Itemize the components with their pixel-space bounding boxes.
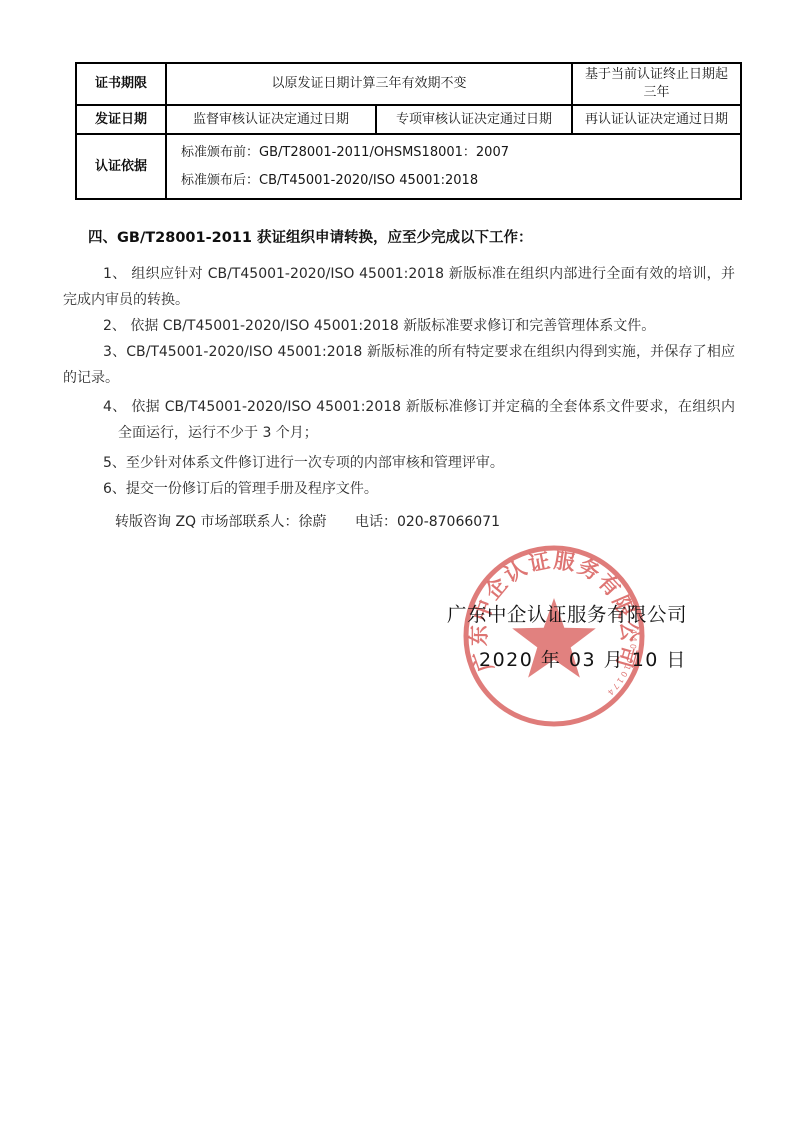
basis-line-before: 标准颁布前：GB/T28001-2011/OHSMS18001：2007 (181, 139, 730, 167)
document-page: 证书期限 以原发证日期计算三年有效期不变 基于当前认证终止日期起三年 发证日期 … (0, 0, 794, 1123)
cell-cert-period-right: 基于当前认证终止日期起三年 (572, 63, 741, 105)
transition-section: 四、GB/T28001-2011 获证组织申请转换，应至少完成以下工作： 1、 … (63, 228, 735, 502)
cell-cert-basis: 标准颁布前：GB/T28001-2011/OHSMS18001：2007 标准颁… (166, 134, 741, 199)
row-label-cert-period: 证书期限 (76, 63, 166, 105)
company-seal-stamp: 广东中企认证服务有限公司 4401010174 (458, 542, 650, 734)
section-heading: 四、GB/T28001-2011 获证组织申请转换，应至少完成以下工作： (63, 228, 735, 248)
signature-company-name: 广东中企认证服务有限公司 (447, 599, 687, 627)
cell-issue-date-2: 专项审核认证决定通过日期 (376, 105, 572, 134)
list-item-1: 1、 组织应针对 CB/T45001-2020/ISO 45001:2018 新… (63, 261, 735, 313)
certificate-table: 证书期限 以原发证日期计算三年有效期不变 基于当前认证终止日期起三年 发证日期 … (75, 62, 742, 200)
signature-date: 2020 年 03 月 10 日 (479, 645, 687, 672)
contact-line: 转版咨询 ZQ 市场部联系人：徐蔚 电话：020-87066071 (115, 511, 500, 531)
row-label-cert-basis: 认证依据 (76, 134, 166, 199)
list-item-5: 5、至少针对体系文件修订进行一次专项的内部审核和管理评审。 (63, 450, 735, 476)
basis-line-after: 标准颁布后：CB/T45001-2020/ISO 45001:2018 (181, 167, 730, 195)
list-item-4: 4、 依据 CB/T45001-2020/ISO 45001:2018 新版标准… (63, 394, 735, 446)
cell-cert-period-main: 以原发证日期计算三年有效期不变 (166, 63, 572, 105)
list-item-2: 2、 依据 CB/T45001-2020/ISO 45001:2018 新版标准… (63, 313, 735, 339)
cell-issue-date-1: 监督审核认证决定通过日期 (166, 105, 376, 134)
list-item-3: 3、CB/T45001-2020/ISO 45001:2018 新版标准的所有特… (63, 339, 735, 391)
table-row-cert-basis: 认证依据 标准颁布前：GB/T28001-2011/OHSMS18001：200… (76, 134, 741, 199)
cell-issue-date-3: 再认证认证决定通过日期 (572, 105, 741, 134)
row-label-issue-date: 发证日期 (76, 105, 166, 134)
contact-phone: 电话：020-87066071 (355, 514, 500, 530)
table-row-issue-date: 发证日期 监督审核认证决定通过日期 专项审核认证决定通过日期 再认证认证决定通过… (76, 105, 741, 134)
table-row-cert-period: 证书期限 以原发证日期计算三年有效期不变 基于当前认证终止日期起三年 (76, 63, 741, 105)
list-item-6: 6、提交一份修订后的管理手册及程序文件。 (63, 476, 735, 502)
contact-person: 转版咨询 ZQ 市场部联系人：徐蔚 (115, 514, 327, 530)
